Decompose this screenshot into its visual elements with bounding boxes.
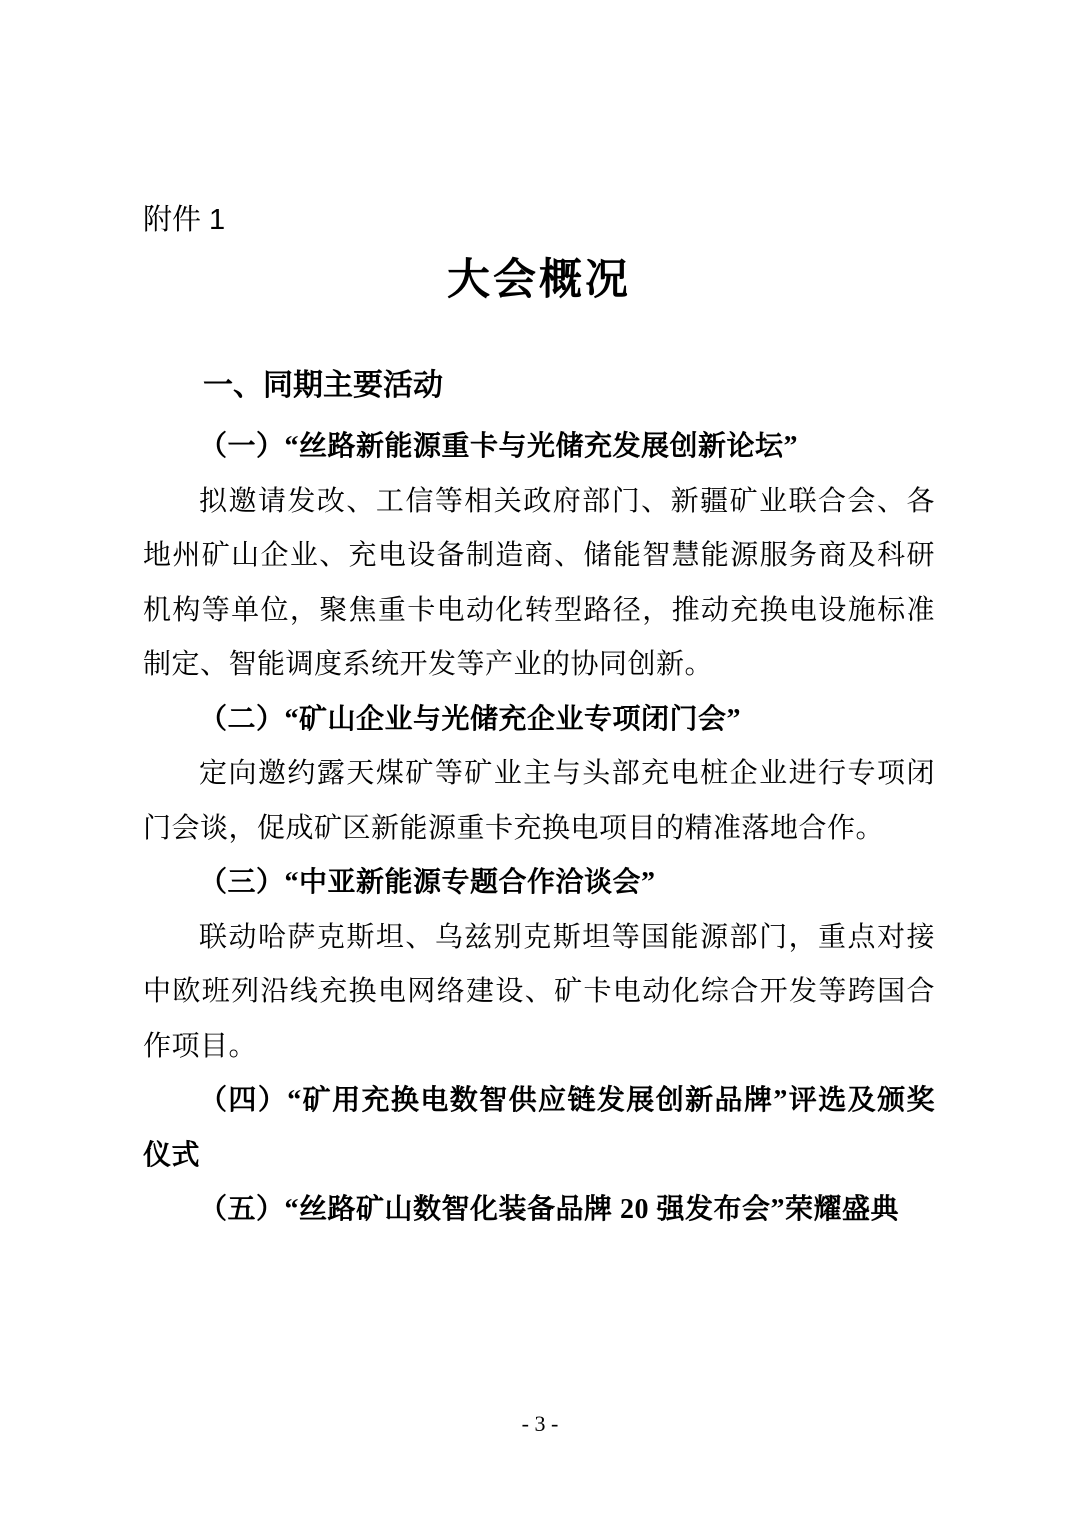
activity-item-1: （一）“丝路新能源重卡与光储充发展创新论坛” 拟邀请发改、工信等相关政府部门、新… [143,420,935,693]
activity-item-2-heading: （二）“矿山企业与光储充企业专项闭门会” [143,693,935,748]
activity-item-4-heading: （四）“矿用充换电数智供应链发展创新品牌”评选及颁奖仪式 [143,1074,935,1183]
activity-item-3-heading: （三）“中亚新能源专题合作洽谈会” [143,856,935,911]
activity-item-5: （五）“丝路矿山数智化装备品牌 20 强发布会”荣耀盛典 [143,1183,935,1238]
activity-item-4: （四）“矿用充换电数智供应链发展创新品牌”评选及颁奖仪式 [143,1074,935,1183]
attachment-label: 附件 1 [143,203,935,237]
section-heading: 一、同期主要活动 [143,365,935,407]
document-content: 附件 1 大会概况 一、同期主要活动 （一）“丝路新能源重卡与光储充发展创新论坛… [143,203,935,1238]
activity-item-1-heading: （一）“丝路新能源重卡与光储充发展创新论坛” [143,420,935,475]
activity-item-2-body: 定向邀约露天煤矿等矿业主与头部充电桩企业进行专项闭门会谈，促成矿区新能源重卡充换… [143,747,935,856]
activity-item-3: （三）“中亚新能源专题合作洽谈会” 联动哈萨克斯坦、乌兹别克斯坦等国能源部门，重… [143,856,935,1074]
activity-item-3-body: 联动哈萨克斯坦、乌兹别克斯坦等国能源部门，重点对接中欧班列沿线充换电网络建设、矿… [143,911,935,1075]
activity-item-5-heading: （五）“丝路矿山数智化装备品牌 20 强发布会”荣耀盛典 [143,1183,935,1238]
page-title: 大会概况 [143,253,935,309]
page-number: - 3 - [0,1410,1080,1438]
document-page: 附件 1 大会概况 一、同期主要活动 （一）“丝路新能源重卡与光储充发展创新论坛… [0,0,1080,1528]
activity-item-2: （二）“矿山企业与光储充企业专项闭门会” 定向邀约露天煤矿等矿业主与头部充电桩企… [143,693,935,857]
activity-item-1-body: 拟邀请发改、工信等相关政府部门、新疆矿业联合会、各地州矿山企业、充电设备制造商、… [143,475,935,693]
